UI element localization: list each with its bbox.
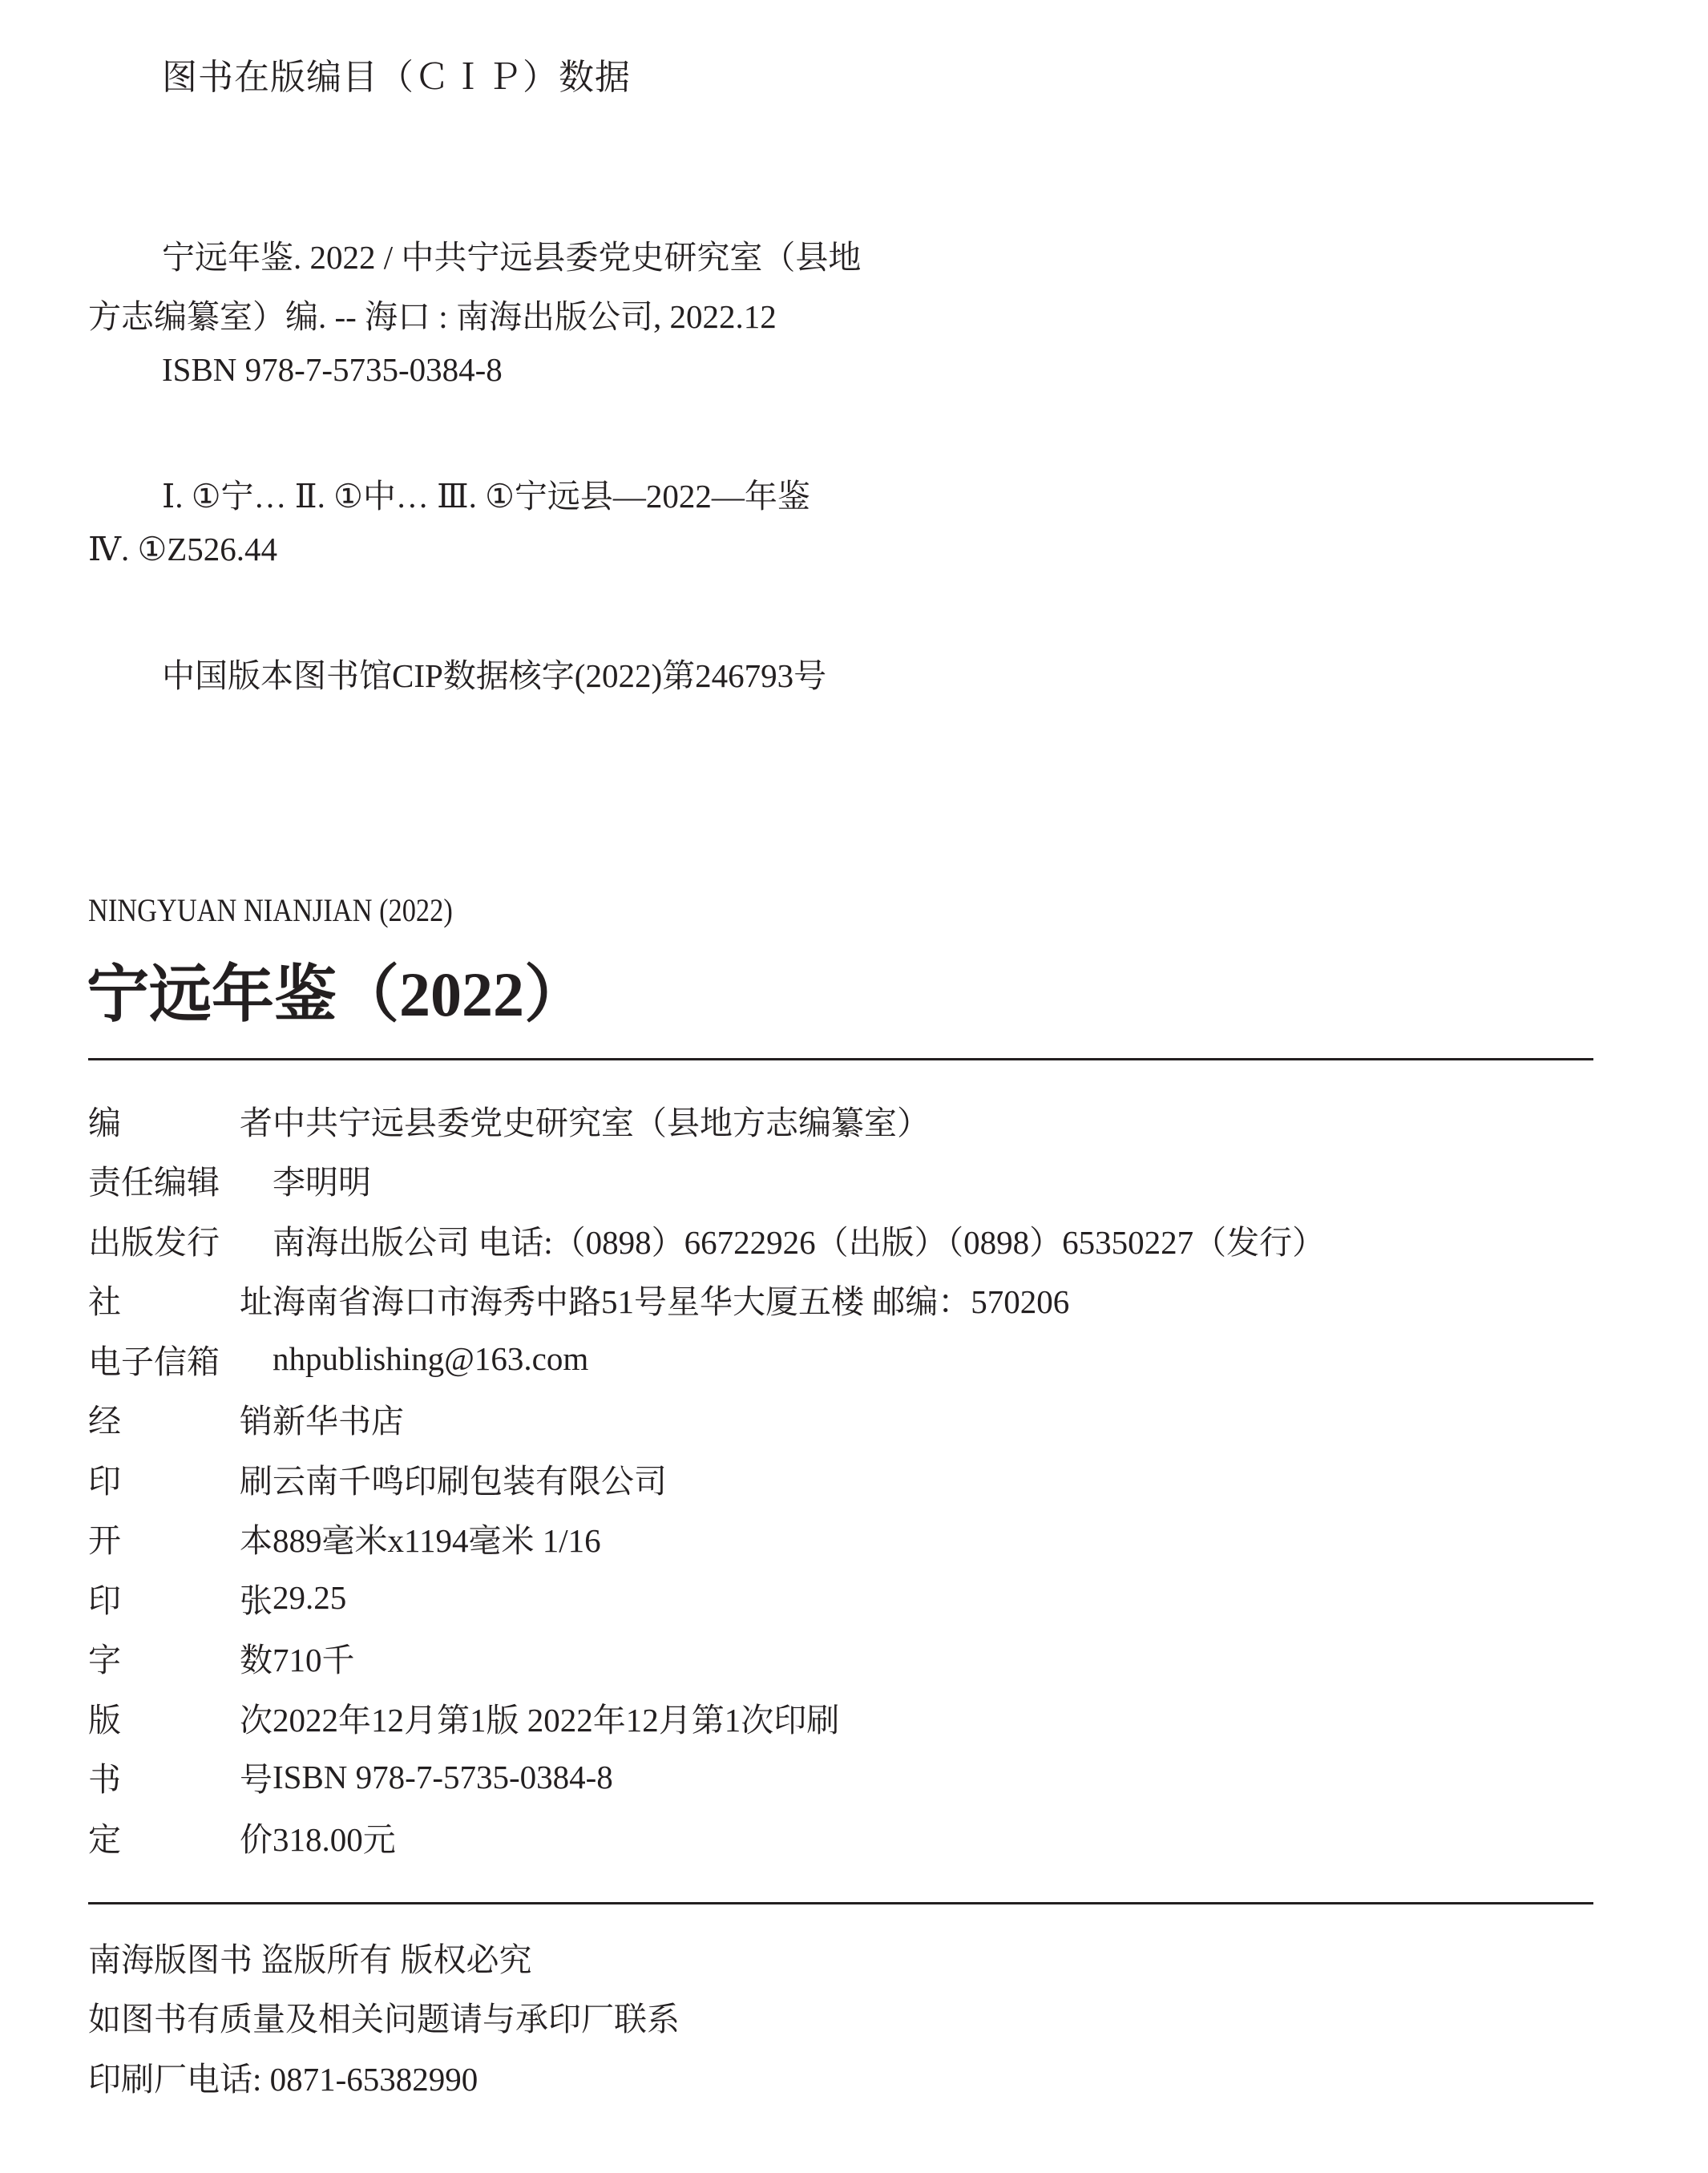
info-value: 710千 [273, 1634, 355, 1681]
info-row: 字数710千 [88, 1634, 355, 1682]
info-value: 中共宁远县委党史研究室（县地方志编纂室） [273, 1097, 930, 1144]
info-label: 书号 [88, 1753, 273, 1800]
info-label: 出版发行 [88, 1216, 273, 1263]
info-label-part: 张 [240, 1574, 273, 1622]
info-label-part: 销 [240, 1395, 273, 1442]
cip-record-number: 中国版本图书馆CIP数据核字(2022)第246793号 [162, 649, 826, 697]
info-label: 开本 [88, 1514, 273, 1561]
info-value: 29.25 [273, 1578, 346, 1617]
info-label-part: 刷 [240, 1455, 273, 1502]
info-value: 海南省海口市海秀中路51号星华大厦五楼 邮编：570206 [273, 1275, 1069, 1323]
info-row: 印刷云南千鸣印刷包装有限公司 [88, 1454, 667, 1502]
info-row: 出版发行南海出版公司 电话:（0898）66722926（出版）（0898）65… [88, 1215, 1325, 1263]
info-value: 新华书店 [273, 1395, 404, 1442]
info-label-part: 字 [88, 1634, 121, 1681]
info-label-part: 书 [88, 1753, 121, 1800]
info-row: 定价318.00元 [88, 1812, 396, 1860]
cip-classification-1: Ⅰ. ①宁… Ⅱ. ①中… Ⅲ. ①宁远县—2022—年鉴 [162, 470, 810, 517]
info-label-part: 定 [88, 1813, 121, 1860]
cip-line-2: 方志编纂室）编. -- 海口 : 南海出版公司, 2022.12 [88, 290, 777, 337]
info-label: 编者 [88, 1097, 273, 1144]
info-label-part: 编 [88, 1097, 121, 1144]
info-label-part: 责任编辑 [88, 1156, 220, 1203]
cip-classification-2: Ⅳ. ①Z526.44 [88, 530, 277, 568]
info-label-part: 址 [240, 1275, 273, 1323]
info-label: 印刷 [88, 1455, 273, 1502]
info-row: 书号ISBN 978-7-5735-0384-8 [88, 1753, 613, 1801]
info-label: 字数 [88, 1634, 273, 1681]
info-row: 版次2022年12月第1版 2022年12月第1次印刷 [88, 1693, 839, 1741]
info-label-part: 号 [240, 1753, 273, 1800]
info-label-part: 本 [240, 1514, 273, 1561]
info-label-part: 数 [240, 1634, 273, 1681]
info-label: 责任编辑 [88, 1156, 273, 1203]
info-label-part: 开 [88, 1514, 121, 1561]
info-label: 社址 [88, 1275, 273, 1323]
info-label-part: 版 [88, 1694, 121, 1741]
info-row: 编者中共宁远县委党史研究室（县地方志编纂室） [88, 1096, 930, 1144]
info-row: 社址海南省海口市海秀中路51号星华大厦五楼 邮编：570206 [88, 1275, 1069, 1323]
info-label: 经销 [88, 1395, 273, 1442]
info-value: 889毫米x1194毫米 1/16 [273, 1514, 601, 1561]
info-row: 经销新华书店 [88, 1395, 404, 1443]
info-label-part: 印 [88, 1455, 121, 1502]
info-label-part: 社 [88, 1275, 121, 1323]
info-value: nhpublishing@163.com [273, 1339, 588, 1378]
info-label: 电子信箱 [88, 1335, 273, 1383]
info-value: 云南千鸣印刷包装有限公司 [273, 1455, 667, 1502]
top-divider [88, 1058, 1593, 1060]
info-value: 2022年12月第1版 2022年12月第1次印刷 [273, 1694, 839, 1741]
chinese-title: 宁远年鉴（2022） [87, 944, 587, 1034]
info-label-part: 印 [88, 1574, 121, 1622]
info-label: 定价 [88, 1813, 273, 1860]
info-label-part: 者 [240, 1097, 273, 1144]
quality-notice: 如图书有质量及相关问题请与承印厂联系 [88, 1993, 680, 2040]
info-label-part: 电子信箱 [88, 1335, 220, 1383]
copyright-notice: 南海版图书 盗版所有 版权必究 [88, 1933, 532, 1981]
info-label-part: 出版发行 [88, 1216, 220, 1263]
info-row: 责任编辑李明明 [88, 1156, 371, 1204]
info-row: 开本889毫米x1194毫米 1/16 [88, 1514, 601, 1562]
info-label: 版次 [88, 1694, 273, 1741]
info-label: 印张 [88, 1574, 273, 1622]
cip-heading: 图书在版编目（ＣＩＰ）数据 [162, 48, 631, 99]
info-label-part: 价 [240, 1813, 273, 1860]
info-label-part: 经 [88, 1395, 121, 1442]
info-row: 印张29.25 [88, 1573, 346, 1622]
cip-isbn: ISBN 978-7-5735-0384-8 [162, 350, 503, 389]
english-title: NINGYUAN NIANJIAN (2022) [88, 891, 453, 929]
info-value: 李明明 [273, 1156, 371, 1203]
info-value: 南海出版公司 电话:（0898）66722926（出版）（0898）653502… [273, 1216, 1325, 1263]
cip-line-1: 宁远年鉴. 2022 / 中共宁远县委党史研究室（县地 [162, 231, 861, 278]
printer-phone: 印刷厂电话: 0871-65382990 [88, 2053, 478, 2100]
bottom-divider [88, 1902, 1593, 1904]
info-value: ISBN 978-7-5735-0384-8 [273, 1758, 613, 1796]
info-value: 318.00元 [273, 1813, 396, 1860]
info-row: 电子信箱nhpublishing@163.com [88, 1335, 588, 1383]
info-label-part: 次 [240, 1694, 273, 1741]
